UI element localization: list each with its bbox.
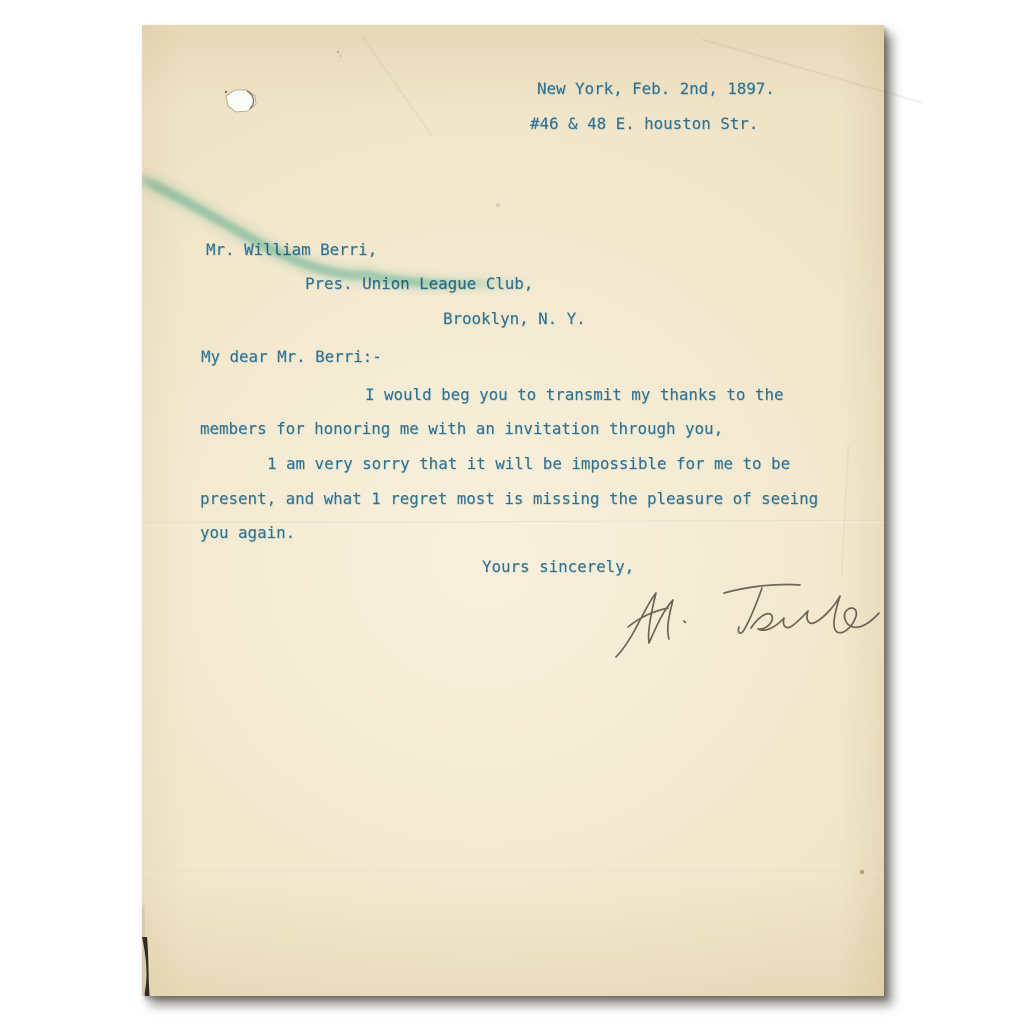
recipient-title-line: Pres. Union League Club, — [305, 275, 533, 293]
ink-stain-streak — [142, 25, 884, 996]
salutation-line: My dear Mr. Berri:- — [201, 348, 382, 366]
body-para1-line1: I would beg you to transmit my thanks to… — [365, 386, 783, 404]
letter-paper: New York, Feb. 2nd, 1897. #46 & 48 E. ho… — [142, 25, 884, 996]
recipient-name-line: Mr. William Berri, — [206, 241, 377, 259]
handwritten-signature — [612, 575, 892, 675]
body-para2-line3: you again. — [200, 524, 295, 542]
torn-spot — [225, 90, 256, 112]
crease-right-edge — [841, 445, 850, 575]
sender-address-line: #46 & 48 E. houston Str. — [530, 115, 758, 133]
paper-defects — [142, 25, 884, 996]
recipient-city-line: Brooklyn, N. Y. — [443, 310, 586, 328]
date-line: New York, Feb. 2nd, 1897. — [537, 80, 775, 98]
crease-top-left — [362, 36, 432, 135]
fold-crease-bottom — [142, 870, 884, 873]
body-para1-line2: members for honoring me with an invitati… — [200, 420, 723, 438]
closing-line: Yours sincerely, — [482, 558, 634, 576]
body-para2-line2: present, and what 1 regret most is missi… — [200, 490, 818, 508]
scan-background: New York, Feb. 2nd, 1897. #46 & 48 E. ho… — [0, 0, 1024, 1024]
edge-tear-mark — [142, 905, 150, 996]
body-para2-line1: 1 am very sorry that it will be impossib… — [267, 455, 790, 473]
